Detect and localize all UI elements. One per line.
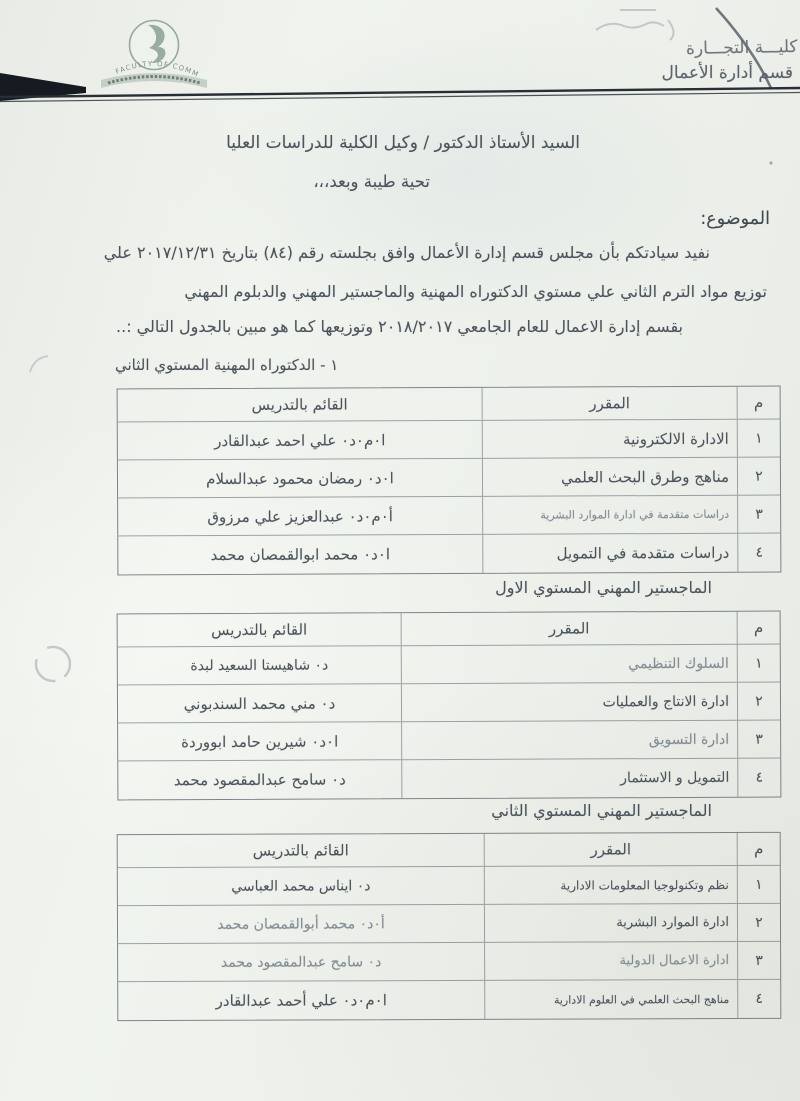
row-num: ٢: [737, 458, 780, 496]
row-num: ٣: [737, 721, 780, 759]
course-cell: ادارة الانتاج والعمليات: [401, 683, 737, 722]
body-line-2: توزيع مواد الترم الثاني علي مستوي الدكتو…: [184, 282, 767, 301]
course-cell: مناهج وطرق البحث العلمي: [482, 458, 737, 497]
scanned-letter-page: { "header": { "seal_text": "FACULTY OF C…: [0, 0, 800, 1101]
course-cell: ادارة الموارد البشرية: [484, 904, 737, 943]
row-num: ٣: [737, 496, 780, 534]
ink-speck: [769, 161, 772, 164]
section-title-masters-level1: الماجستير المهني المستوي الاول: [495, 578, 712, 597]
course-cell: نظم وتكنولوجيا المعلومات الادارية: [484, 866, 737, 905]
instructor-cell: د٠ سامح عبدالمقصود محمد: [118, 943, 484, 982]
masters-level2-table: م المقرر القائم بالتدريس ١ نظم وتكنولوجي…: [117, 832, 782, 1021]
course-cell: ادارة الاعمال الدولية: [484, 942, 737, 981]
doctorate-level2-table: م المقرر القائم بالتدريس ١ الادارة الالك…: [117, 386, 782, 576]
row-num: ٤: [737, 534, 780, 572]
instructor-cell: ا٠د٠ رمضان محمود عبدالسلام: [118, 459, 482, 499]
salutation-line: السيد الأستاذ الدكتور / وكيل الكلية للدر…: [226, 133, 580, 153]
course-cell: التمويل و الاستثمار: [401, 759, 737, 798]
faculty-seal-logo: FACULTY OF COMMERCE: [95, 14, 213, 96]
instructor-cell: د٠ شاهيستا السعيد لبدة: [118, 646, 401, 685]
masters-level1-table: م المقرر القائم بالتدريس ١ السلوك التنظي…: [117, 611, 782, 801]
course-cell: دراسات متقدمة في ادارة الموارد البشرية: [482, 496, 737, 535]
instructor-cell: ا٠م٠د٠ علي أحمد عبدالقادر: [118, 981, 484, 1020]
row-num: ٤: [737, 980, 780, 1018]
instructor-cell: أ٠د٠ محمد أبوالقمصان محمد: [118, 905, 484, 944]
instructor-cell: د٠ سامح عبدالمقصود محمد: [118, 760, 401, 799]
clipped-header-scribble: [596, 10, 674, 40]
row-num: ١: [737, 866, 780, 904]
row-num: ٢: [737, 683, 780, 721]
course-cell: دراسات متقدمة في التمويل: [482, 534, 737, 573]
body-line-1: نفيد سيادتكم بأن مجلس قسم إدارة الأعمال …: [104, 243, 710, 262]
row-num: ١: [737, 420, 780, 458]
row-num: ٢: [737, 904, 780, 942]
instructor-cell: ا٠د٠ محمد ابوالقمصان محمد: [118, 535, 482, 575]
body-line-3: بقسم إدارة الاعمال للعام الجامعي ٢٠١٨/٢٠…: [116, 317, 683, 336]
col-header-course: المقرر: [484, 833, 737, 867]
section-title-masters-level2: الماجستير المهني المستوي الثاني: [491, 801, 712, 820]
greeting-line: تحية طيبة وبعد،،،: [313, 172, 430, 191]
instructor-cell: ا٠د٠ شيرين حامد ابووردة: [118, 722, 401, 761]
stray-arc-mark: [30, 356, 48, 372]
subject-label: الموضوع:: [700, 209, 770, 229]
scanner-edge-wedge: [0, 73, 86, 101]
col-header-instructor: القائم بالتدريس: [118, 388, 482, 423]
instructor-cell: د٠ ايناس محمد العباسي: [118, 867, 484, 906]
faculty-name: كليـــة التجـــارة: [686, 37, 798, 59]
col-header-num: م: [737, 612, 780, 645]
col-header-instructor: القائم بالتدريس: [118, 613, 401, 647]
course-cell: السلوك التنظيمي: [401, 645, 737, 684]
col-header-course: المقرر: [482, 387, 737, 421]
punch-hole-mark: [29, 640, 77, 688]
section-title-doctorate-level2: ١ - الدكتوراه المهنية المستوي الثاني: [115, 356, 338, 374]
row-num: ٤: [737, 759, 780, 797]
col-header-instructor: القائم بالتدريس: [118, 834, 484, 868]
col-header-num: م: [737, 387, 780, 420]
instructor-cell: د٠ مني محمد السندبوني: [118, 684, 401, 723]
row-num: ٣: [737, 942, 780, 980]
row-num: ١: [737, 645, 780, 683]
col-header-course: المقرر: [401, 612, 737, 646]
col-header-num: م: [737, 833, 780, 866]
course-cell: الادارة الالكترونية: [482, 420, 737, 459]
instructor-cell: ا٠م٠د٠ علي احمد عبدالقادر: [118, 421, 482, 461]
course-cell: ادارة التسويق: [401, 721, 737, 760]
instructor-cell: أ٠م٠د٠ عبدالعزيز علي مرزوق: [118, 497, 482, 537]
course-cell: مناهج البحث العلمي في العلوم الادارية: [484, 980, 737, 1019]
department-name: قسم أدارة الأعمال: [662, 63, 793, 83]
